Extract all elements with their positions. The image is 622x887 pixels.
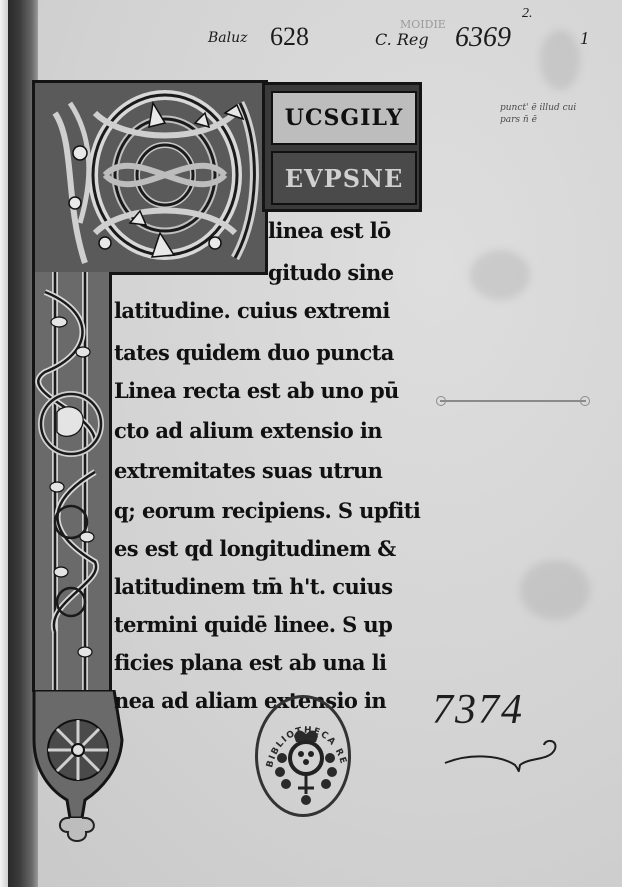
vine-scroll-icon [35, 272, 109, 692]
rubric-row: UCSGILY [271, 91, 417, 145]
baluze-label: Baluz [208, 30, 248, 46]
stain [520, 560, 590, 620]
text-line: latitudine. cuius extremi [114, 298, 390, 323]
baluze-number: 628 [270, 22, 309, 52]
page-edge [0, 0, 8, 887]
regius-number: 6369 [455, 22, 511, 54]
initial-foot-ornament-icon [30, 690, 126, 850]
margin-note-line: punct' ē illud cui [500, 102, 576, 114]
margin-note: punct' ē illud cui pars n̄ ē [500, 102, 576, 126]
catalog-number: 7374 [432, 686, 524, 734]
text-line: linea est lō [268, 218, 390, 243]
text-line: cto ad alium extensio in [114, 418, 382, 443]
folio-number: 1 [580, 28, 589, 49]
margin-note-line: pars n̄ ē [500, 114, 576, 126]
stain [540, 30, 580, 90]
manuscript-page: MOIDIE Baluz 628 C. Reg 6369 2. 1 punct'… [0, 0, 622, 887]
text-line: latitudinem tm̄ h't. cuius [114, 574, 392, 599]
text-line: tates quidem duo puncta [114, 340, 394, 365]
flourish-underline-icon [440, 735, 570, 775]
stain [470, 250, 530, 300]
fleur-de-lis-crown-icon: BIBLIOTHECA REGIE [258, 698, 354, 820]
library-stamp: BIBLIOTHECA REGIE [255, 695, 351, 817]
regius-superscript: 2. [522, 6, 533, 22]
text-line: q; eorum recipiens. S upfiti [114, 498, 420, 523]
text-line: extremitates suas utrun [114, 458, 382, 483]
illuminated-initial-bowl [32, 80, 268, 275]
rubric-header: UCSGILY EVPSNE [262, 82, 422, 212]
regius-label: C. Reg [375, 30, 429, 49]
text-line: Linea recta est ab uno pū [114, 378, 399, 403]
margin-guide-line [440, 400, 586, 402]
text-line: es est qd longitudinem & [114, 536, 396, 561]
interlace-ornament-icon [35, 83, 265, 272]
text-line: ficies plana est ab una li [114, 650, 386, 675]
text-line: termini quidē linee. S up [114, 612, 392, 637]
rubric-row: EVPSNE [271, 151, 417, 205]
illuminated-initial-stem [32, 272, 112, 692]
text-line: gitudo sine [268, 260, 393, 285]
